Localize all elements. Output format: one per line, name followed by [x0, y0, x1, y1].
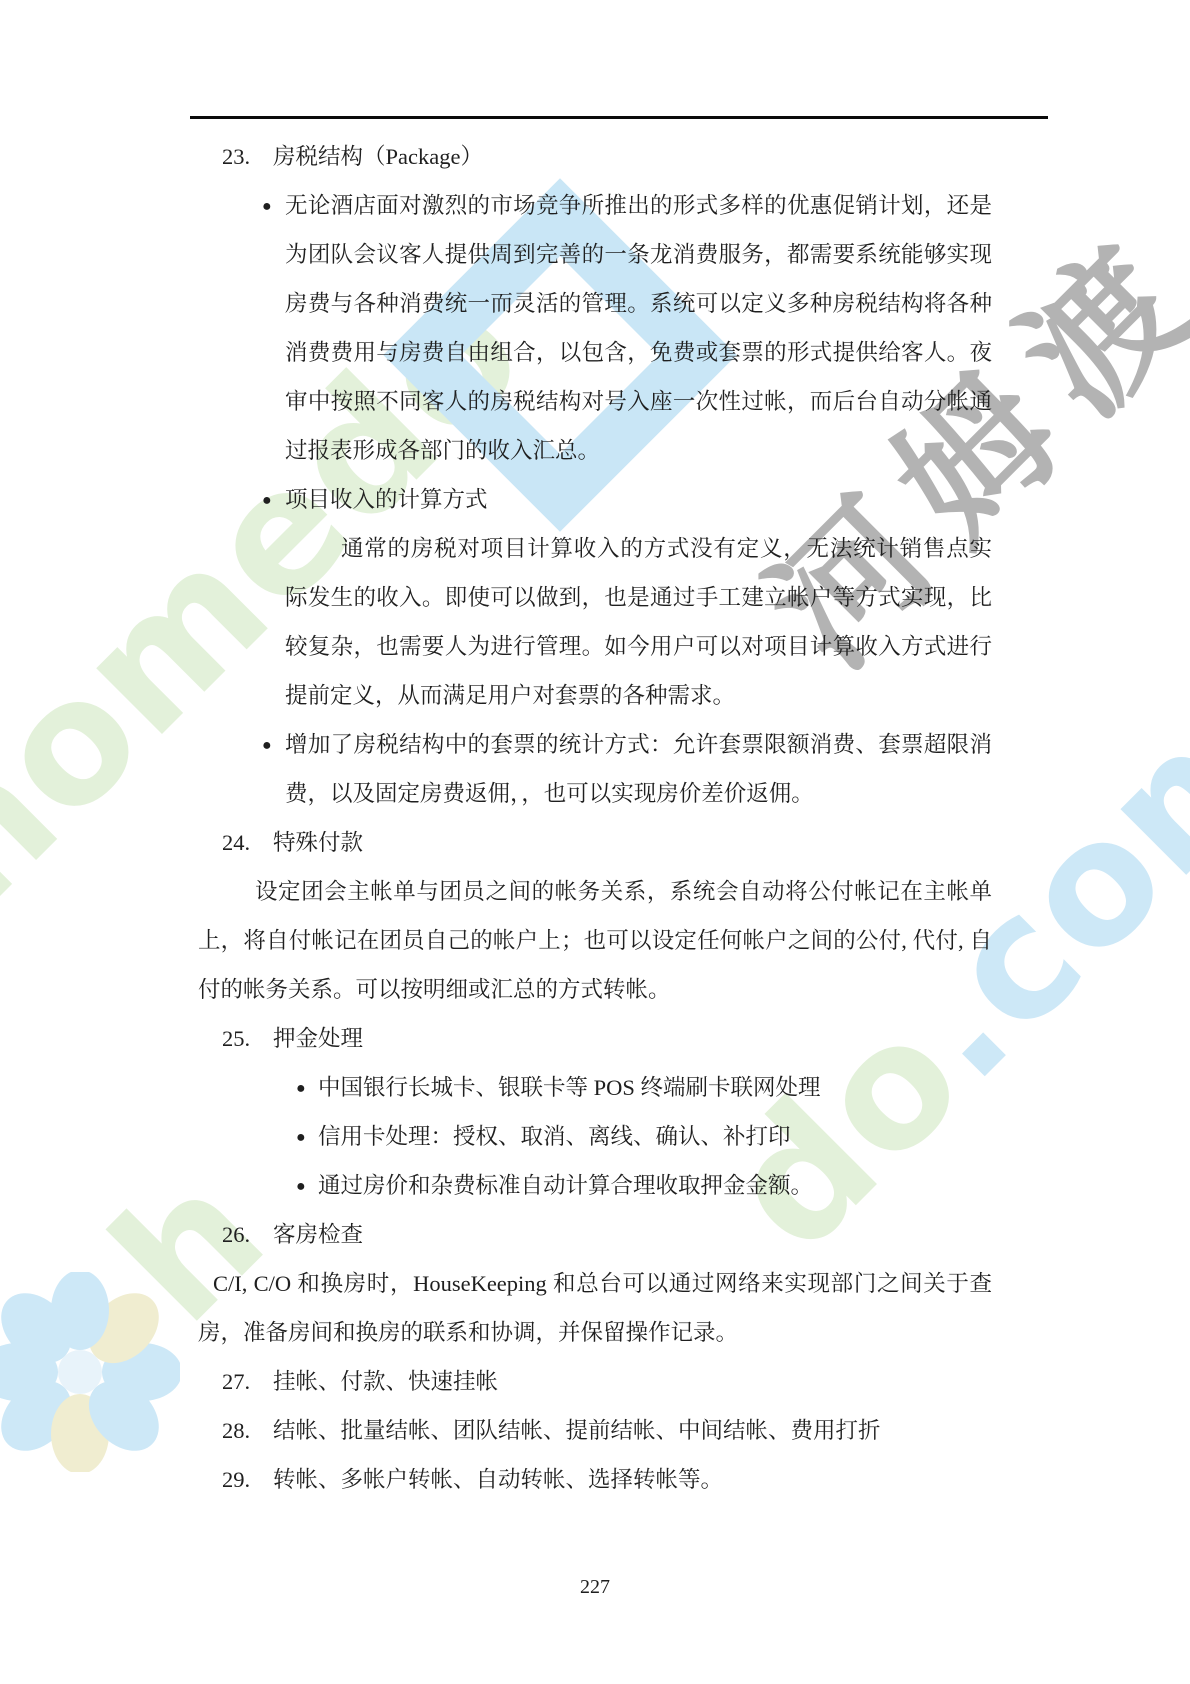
item-23-heading: 23.房税结构（Package） [198, 132, 992, 181]
header-rule [190, 116, 1048, 119]
item-24-title: 特殊付款 [273, 830, 363, 855]
item-24-number: 24. [222, 818, 273, 867]
item-25-heading: 25.押金处理 [198, 1014, 992, 1063]
flower-logo-icon [0, 1272, 180, 1472]
item-23-title: 房税结构（Package） [273, 144, 483, 169]
item-27-number: 27. [222, 1357, 273, 1406]
document-page: homedo h do.com 河姆渡 23.房税结构（Package） 无论酒… [0, 0, 1190, 1684]
item-24-heading: 24.特殊付款 [198, 818, 992, 867]
item-27-heading: 27.挂帐、付款、快速挂帐 [198, 1357, 992, 1406]
item-25-number: 25. [222, 1014, 273, 1063]
item-25-bullet-list: 中国银行长城卡、银联卡等 POS 终端刷卡联网处理 信用卡处理：授权、取消、离线… [198, 1063, 992, 1210]
document-body: 23.房税结构（Package） 无论酒店面对激烈的市场竞争所推出的形式多样的优… [198, 132, 992, 1504]
item-25-bullet-3: 通过房价和杂费标准自动计算合理收取押金金额。 [198, 1161, 992, 1210]
item-25-bullet-2: 信用卡处理：授权、取消、离线、确认、补打印 [198, 1112, 992, 1161]
item-24-paragraph: 设定团会主帐单与团员之间的帐务关系，系统会自动将公付帐记在主帐单上，将自付帐记在… [198, 867, 992, 1014]
item-23-bullet-2: 项目收入的计算方式 [198, 475, 992, 524]
item-26-paragraph: C/I, C/O 和换房时，HouseKeeping 和总台可以通过网络来实现部… [198, 1259, 992, 1357]
item-28-number: 28. [222, 1406, 273, 1455]
item-29-title: 转帐、多帐户转帐、自动转帐、选择转帐等。 [273, 1467, 723, 1492]
item-26-number: 26. [222, 1210, 273, 1259]
item-26-title: 客房检查 [273, 1222, 363, 1247]
page-number: 227 [0, 1576, 1190, 1599]
item-25-bullet-1: 中国银行长城卡、银联卡等 POS 终端刷卡联网处理 [198, 1063, 992, 1112]
item-26-heading: 26.客房检查 [198, 1210, 992, 1259]
item-23-bullet-3: 增加了房税结构中的套票的统计方式：允许套票限额消费、套票超限消费，以及固定房费返… [198, 720, 992, 818]
item-27-title: 挂帐、付款、快速挂帐 [273, 1369, 498, 1394]
item-23-bullet-2-paragraph: 通常的房税对项目计算收入的方式没有定义，无法统计销售点实际发生的收入。即使可以做… [198, 524, 992, 720]
item-23-bullet-1: 无论酒店面对激烈的市场竞争所推出的形式多样的优惠促销计划，还是为团队会议客人提供… [198, 181, 992, 475]
item-23-number: 23. [222, 132, 273, 181]
item-28-title: 结帐、批量结帐、团队结帐、提前结帐、中间结帐、费用打折 [273, 1418, 881, 1443]
item-28-heading: 28.结帐、批量结帐、团队结帐、提前结帐、中间结帐、费用打折 [198, 1406, 992, 1455]
item-29-number: 29. [222, 1455, 273, 1504]
item-29-heading: 29.转帐、多帐户转帐、自动转帐、选择转帐等。 [198, 1455, 992, 1504]
item-25-title: 押金处理 [273, 1026, 363, 1051]
